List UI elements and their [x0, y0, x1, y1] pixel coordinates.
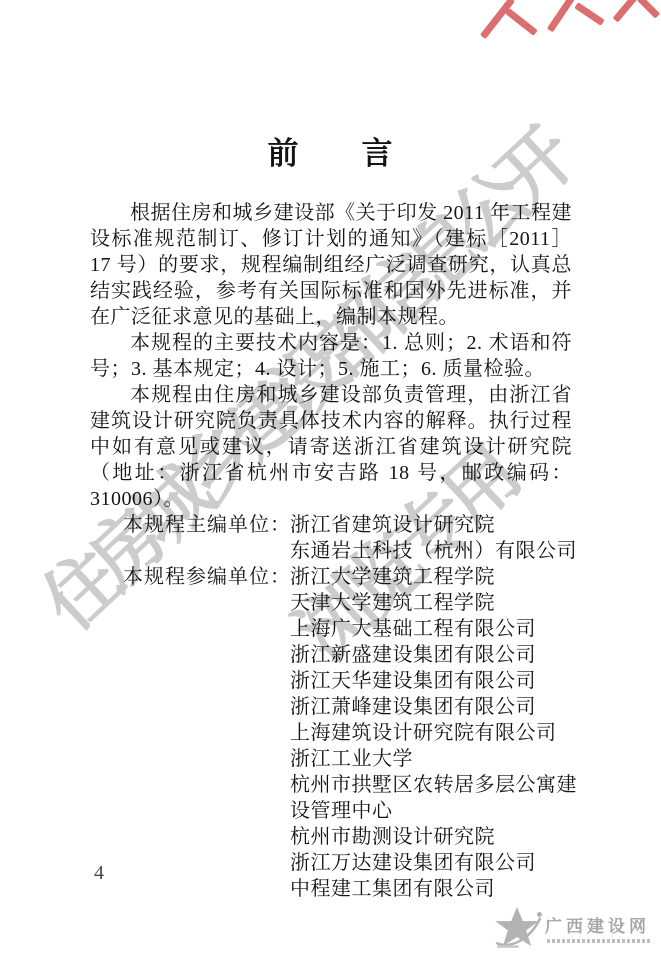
star-icon — [492, 904, 542, 950]
page-title-char: 前 — [268, 128, 300, 173]
participant-editors-row: 本规程参编单位： 浙江大学建筑工程学院 天津大学建筑工程学院 上海广大基础工程有… — [90, 564, 572, 902]
org-item: 浙江天华建设集团有限公司 — [290, 668, 592, 694]
page-title: 前 言 — [0, 128, 661, 173]
org-item: 中程建工集团有限公司 — [290, 876, 592, 902]
org-item: 杭州市勘测设计研究院 — [290, 824, 592, 850]
org-item: 浙江万达建设集团有限公司 — [290, 850, 592, 876]
lead-org-list: 浙江省建筑设计研究院 东通岩土科技（杭州）有限公司 — [290, 512, 592, 564]
paragraph: 本规程的主要技术内容是：1. 总则；2. 术语和符号；3. 基本规定；4. 设计… — [90, 330, 572, 382]
red-stamp-stroke — [637, 0, 660, 19]
org-item: 浙江新盛建设集团有限公司 — [290, 642, 592, 668]
red-stamp-stroke — [613, 0, 639, 23]
org-item: 东通岩土科技（杭州）有限公司 — [290, 538, 592, 564]
logo-text: 广西建设网 — [545, 912, 651, 937]
document-page: 住房城乡建设部信息公开 浏览专用 前 言 根据住房和城乡建设部《关于印发 201… — [0, 0, 661, 958]
paragraph: 根据住房和城乡建设部《关于印发 2011 年工程建设标准规范制订、修订计划的通知… — [90, 200, 572, 330]
red-stamp-stroke — [505, 8, 538, 36]
org-item: 上海建筑设计研究院有限公司 — [290, 720, 592, 746]
org-item: 上海广大基础工程有限公司 — [290, 616, 592, 642]
participant-editors-label: 本规程参编单位： — [90, 564, 290, 590]
org-item: 天津大学建筑工程学院 — [290, 590, 592, 616]
org-item: 杭州市拱墅区农转居多层公寓建设管理中心 — [290, 772, 592, 824]
logo-tagline — [547, 939, 651, 943]
editors-section: 本规程主编单位： 浙江省建筑设计研究院 东通岩土科技（杭州）有限公司 本规程参编… — [90, 512, 572, 902]
page-number: 4 — [94, 862, 104, 885]
page-title-char: 言 — [362, 128, 394, 173]
org-item: 浙江工业大学 — [290, 746, 592, 772]
lead-editors-row: 本规程主编单位： 浙江省建筑设计研究院 东通岩土科技（杭州）有限公司 — [90, 512, 572, 564]
org-item: 浙江省建筑设计研究院 — [290, 512, 592, 538]
lead-editors-label: 本规程主编单位： — [90, 512, 290, 538]
red-stamp-stroke — [547, 0, 576, 32]
org-item: 浙江大学建筑工程学院 — [290, 564, 592, 590]
red-stamp-stroke — [574, 2, 604, 26]
red-stamp-stroke — [480, 0, 515, 39]
participant-org-list: 浙江大学建筑工程学院 天津大学建筑工程学院 上海广大基础工程有限公司 浙江新盛建… — [290, 564, 592, 902]
org-item: 浙江萧峰建设集团有限公司 — [290, 694, 592, 720]
paragraph: 本规程由住房和城乡建设部负责管理，由浙江省建筑设计研究院负责具体技术内容的解释。… — [90, 382, 572, 512]
site-logo: 广西建设网 — [492, 904, 651, 950]
document-body: 根据住房和城乡建设部《关于印发 2011 年工程建设标准规范制订、修订计划的通知… — [90, 200, 572, 902]
